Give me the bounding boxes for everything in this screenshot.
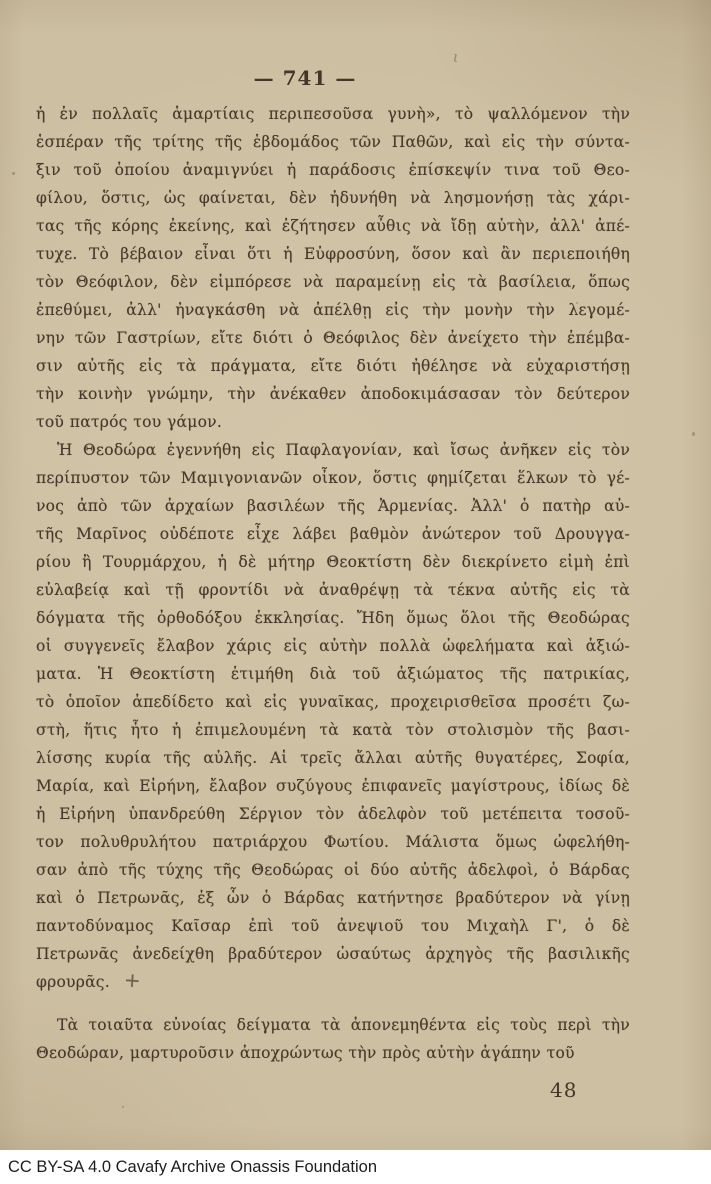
paper-speck <box>576 302 578 304</box>
text-line: σαν ἀπὸ τῆς τύχης τῆς Θεοδώρας οἱ δύο αὐ… <box>36 856 630 884</box>
text-line: ἐπεθύμει, ἀλλ' ἠναγκάσθη νὰ ἀπέλθῃ εἰς τ… <box>36 296 630 324</box>
text-line: νην τῶν Γαστρίων, εἴτε διότι ὁ Θεόφιλος … <box>36 324 630 352</box>
text-line: εὐλαβείᾳ καὶ τῇ φροντίδι νὰ ἀναθρέψῃ τὰ … <box>36 576 630 604</box>
page-number-header: — 741 — <box>8 66 602 90</box>
scanned-book-page: — 741 — ι ἡ ἐν πολλαῖς ἁμαρτίαις περιπεσ… <box>0 0 711 1184</box>
text-line: τὴν κοινὴν γνώμην, τὴν ἀνέκαθεν ἀποδοκιμ… <box>36 380 630 408</box>
text-line: παντοδύναμος Καῖσαρ ἐπὶ τοῦ ἀνεψιοῦ του … <box>36 912 630 940</box>
text-block: ἡ ἐν πολλαῖς ἁμαρτίαις περιπεσοῦσα γυνὴ»… <box>36 100 630 1067</box>
text-line: λίσσης κυρία τῆς αὐλῆς. Αἱ τρεῖς ἄλλαι α… <box>36 744 630 772</box>
text-line: ἡ ἐν πολλαῖς ἁμαρτίαις περιπεσοῦσα γυνὴ»… <box>36 100 630 128</box>
text-line: φίλου, ὅστις, ὡς φαίνεται, δὲν ἠδυνήθη ν… <box>36 184 630 212</box>
text-line: Τὰ τοιαῦτα εὐνοίας δείγματα τὰ ἀπονεμηθέ… <box>36 1011 630 1039</box>
signature-number: 48 <box>550 1078 577 1102</box>
paper-speck <box>122 1106 124 1108</box>
text-line: τον πολυθρυλήτου πατριάρχου Φωτίου. Μάλι… <box>36 828 630 856</box>
text-line: τὸ ὁποῖον ἀπεδίδετο καὶ εἰς γυναῖκας, πρ… <box>36 688 630 716</box>
text-line: τοῦ πατρός του γάμον. <box>36 408 630 436</box>
license-text: CC BY-SA 4.0 Cavafy Archive Onassis Foun… <box>8 1158 377 1177</box>
text-line: Μαρία, καὶ Εἰρήνη, ἔλαβον συζύγους ἐπιφα… <box>36 772 630 800</box>
text-line: τῆς Μαρῖνος οὐδέποτε εἶχε λάβει βαθμὸν ἀ… <box>36 520 630 548</box>
text-line: νος ἀπὸ τῶν ἀρχαίων βασιλέων τῆς Ἀρμενία… <box>36 492 630 520</box>
paper-speck <box>692 432 695 436</box>
pencil-top-mark: ι <box>451 48 461 67</box>
text-line: οἱ συγγενεῖς ἔλαβον χάρις εἰς αὐτὴν πολλ… <box>36 632 630 660</box>
text-line: ξιν τοῦ ὁποίου ἀναμιγνύει ἡ παράδοσις ἐπ… <box>36 156 630 184</box>
text-line: τυχε. Τὸ βέβαιον εἶναι ὅτι ἡ Εὐφροσύνη, … <box>36 240 630 268</box>
text-line: περίπυστον τῶν Μαμιγονιανῶν οἶκον, ὅστις… <box>36 464 630 492</box>
paragraph: ἡ ἐν πολλαῖς ἁμαρτίαις περιπεσοῦσα γυνὴ»… <box>36 100 630 436</box>
paragraph: Τὰ τοιαῦτα εὐνοίας δείγματα τὰ ἀπονεμηθέ… <box>36 1011 630 1067</box>
text-line: φρουρᾶς.+ <box>36 968 630 996</box>
text-line: τας τῆς κόρης ἐκείνης, καὶ ἐζήτησεν αὖθι… <box>36 212 630 240</box>
paper-speck <box>218 1022 221 1025</box>
text-line: δόγματα τῆς ὀρθοδόξου ἐκκλησίας. Ἤδη ὅμω… <box>36 604 630 632</box>
text-line: ρίου ἢ Τουρμάρχου, ἡ δὲ μήτηρ Θεοκτίστη … <box>36 548 630 576</box>
text-line: στὴ, ἥτις ἦτο ἡ ἐπιμελουμένη τὰ κατὰ τὸν… <box>36 716 630 744</box>
text-line: ματα. Ἡ Θεοκτίστη ἐτιμήθη διὰ τοῦ ἀξιώμα… <box>36 660 630 688</box>
text-line: Ἡ Θεοδώρα ἐγεννήθη εἰς Παφλαγονίαν, καὶ … <box>36 436 630 464</box>
text-line: ἡ Εἰρήνη ὑπανδρεύθη Σέργιον τὸν ἀδελφὸν … <box>36 800 630 828</box>
paragraph: Ἡ Θεοδώρα ἐγεννήθη εἰς Παφλαγονίαν, καὶ … <box>36 436 630 996</box>
text-line: τὸν Θεόφιλον, δὲν εἰμπόρεσε νὰ παραμείνῃ… <box>36 268 630 296</box>
text-line: καὶ ὁ Πετρωνᾶς, ἐξ ὧν ὁ Βάρδας κατήντησε… <box>36 884 630 912</box>
paper-speck <box>12 172 15 175</box>
text-line: σιν αὐτῆς εἰς τὰ πράγματα, εἴτε διότι ἠθ… <box>36 352 630 380</box>
license-bar: CC BY-SA 4.0 Cavafy Archive Onassis Foun… <box>0 1150 711 1184</box>
text-line: ἑσπέραν τῆς τρίτης τῆς ἑβδομάδος τῶν Παθ… <box>36 128 630 156</box>
text-line: Πετρωνᾶς ἀνεδείχθη βραδύτερον ὡσαύτως ἀρ… <box>36 940 630 968</box>
text-line: Θεοδώραν, μαρτυροῦσιν ἀποχρώντως τὴν πρὸ… <box>36 1039 630 1067</box>
pencil-cross-mark: + <box>123 969 141 990</box>
